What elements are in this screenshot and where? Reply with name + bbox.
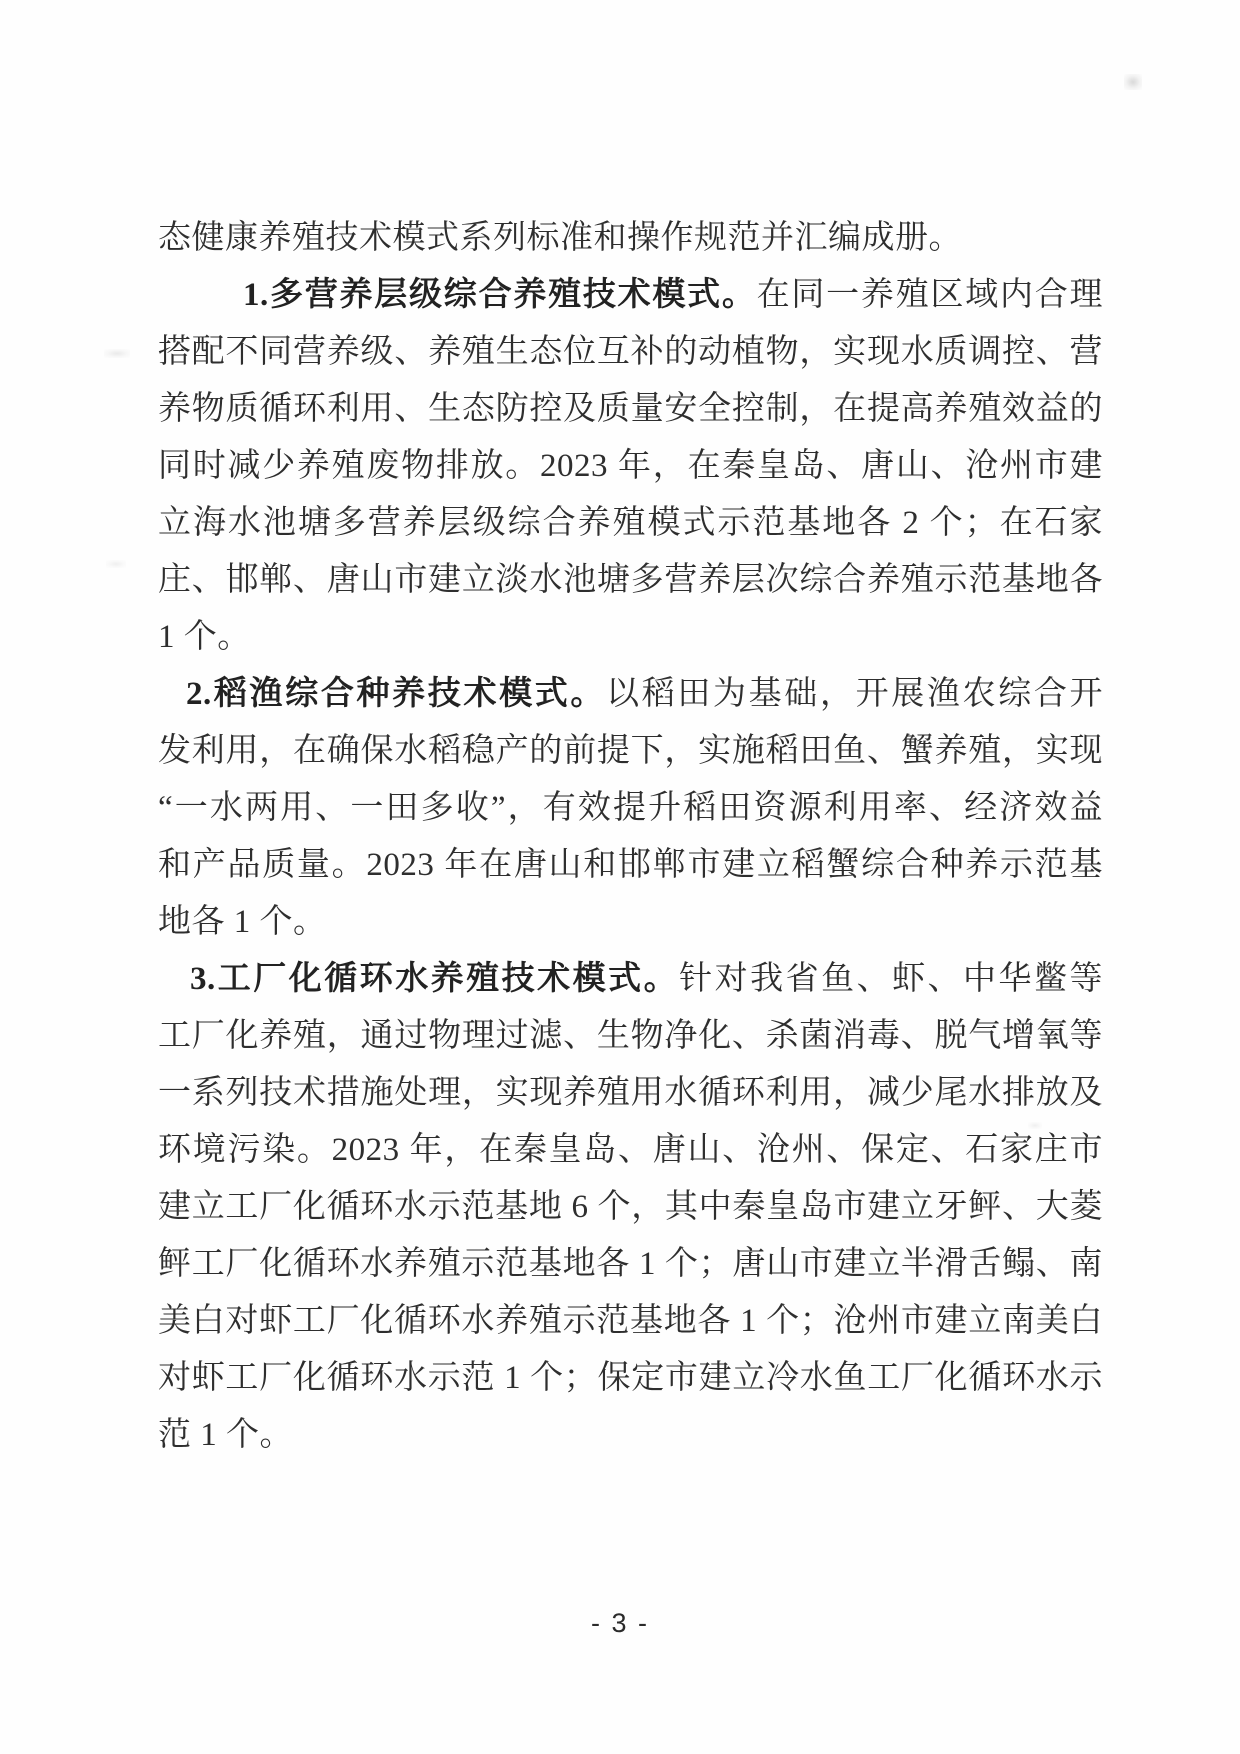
text-line: 和产品质量。2023 年在唐山和邯郸市建立稻蟹综合种养示范基 [158, 837, 1103, 894]
scan-smudge [106, 560, 126, 568]
text-line: 一系列技术措施处理，实现养殖用水循环利用，减少尾水排放及 [158, 1065, 1103, 1122]
text-line: 养物质循环利用、生态防控及质量安全控制，在提高养殖效益的 [158, 381, 1103, 438]
text-segment: 地各 1 个。 [158, 904, 327, 940]
text-line: 同时减少养殖废物排放。2023 年，在秦皇岛、唐山、沧州市建 [158, 438, 1103, 495]
text-segment: 工厂化养殖，通过物理过滤、生物净化、杀菌消毒、脱气增氧等 [158, 1018, 1103, 1054]
text-line: 3.工厂化循环水养殖技术模式。针对我省鱼、虾、中华鳖等 [158, 951, 1103, 1008]
scan-smudge [1124, 74, 1142, 90]
text-line: 建立工厂化循环水示范基地 6 个，其中秦皇岛市建立牙鲆、大菱 [158, 1179, 1103, 1236]
page-number: - 3 - [0, 1606, 1240, 1640]
text-segment: 建立工厂化循环水示范基地 6 个，其中秦皇岛市建立牙鲆、大菱 [158, 1189, 1103, 1225]
text-segment: 美白对虾工厂化循环水养殖示范基地各 1 个；沧州市建立南美白 [158, 1303, 1103, 1339]
text-segment: 搭配不同营养级、养殖生态位互补的动植物，实现水质调控、营 [158, 334, 1103, 370]
text-segment: 以稻田为基础，开展渔农综合开 [606, 676, 1103, 712]
text-line: 范 1 个。 [158, 1407, 1103, 1464]
text-line: 地各 1 个。 [158, 894, 1103, 951]
text-line: 搭配不同营养级、养殖生态位互补的动植物，实现水质调控、营 [158, 324, 1103, 381]
text-segment: 在同一养殖区域内合理 [757, 277, 1103, 313]
text-segment: 针对我省鱼、虾、中华鳖等 [679, 961, 1103, 997]
document-body: 态健康养殖技术模式系列标准和操作规范并汇编成册。1.多营养层级综合养殖技术模式。… [158, 210, 1103, 1464]
text-line: 美白对虾工厂化循环水养殖示范基地各 1 个；沧州市建立南美白 [158, 1293, 1103, 1350]
text-line: 工厂化养殖，通过物理过滤、生物净化、杀菌消毒、脱气增氧等 [158, 1008, 1103, 1065]
text-segment: 发利用，在确保水稻稳产的前提下，实施稻田鱼、蟹养殖，实现 [158, 733, 1103, 769]
section-heading: 2.稻渔综合种养技术模式。 [186, 676, 606, 712]
text-segment: 同时减少养殖废物排放。2023 年，在秦皇岛、唐山、沧州市建 [158, 448, 1103, 484]
text-line: 1 个。 [158, 609, 1103, 666]
text-segment: 养物质循环利用、生态防控及质量安全控制，在提高养殖效益的 [158, 391, 1103, 427]
text-segment: 庄、邯郸、唐山市建立淡水池塘多营养层次综合养殖示范基地各 [158, 562, 1103, 598]
text-segment: 鲆工厂化循环水养殖示范基地各 1 个；唐山市建立半滑舌鳎、南 [158, 1246, 1103, 1282]
text-segment: 和产品质量。2023 年在唐山和邯郸市建立稻蟹综合种养示范基 [158, 847, 1103, 883]
text-line: 庄、邯郸、唐山市建立淡水池塘多营养层次综合养殖示范基地各 [158, 552, 1103, 609]
section-heading: 3.工厂化循环水养殖技术模式。 [190, 961, 679, 997]
text-line: 立海水池塘多营养层级综合养殖模式示范基地各 2 个；在石家 [158, 495, 1103, 552]
section-heading: 1.多营养层级综合养殖技术模式。 [243, 277, 757, 313]
text-line: 态健康养殖技术模式系列标准和操作规范并汇编成册。 [158, 210, 1103, 267]
scan-smudge [104, 349, 130, 358]
text-line: 环境污染。2023 年，在秦皇岛、唐山、沧州、保定、石家庄市 [158, 1122, 1103, 1179]
text-line: 对虾工厂化循环水示范 1 个；保定市建立冷水鱼工厂化循环水示 [158, 1350, 1103, 1407]
text-segment: 对虾工厂化循环水示范 1 个；保定市建立冷水鱼工厂化循环水示 [158, 1360, 1103, 1396]
text-segment: 环境污染。2023 年，在秦皇岛、唐山、沧州、保定、石家庄市 [158, 1132, 1103, 1168]
text-segment: “一水两用、一田多收”，有效提升稻田资源利用率、经济效益 [158, 790, 1103, 826]
scanned-document-page: 态健康养殖技术模式系列标准和操作规范并汇编成册。1.多营养层级综合养殖技术模式。… [0, 0, 1240, 1754]
text-line: 发利用，在确保水稻稳产的前提下，实施稻田鱼、蟹养殖，实现 [158, 723, 1103, 780]
text-segment: 1 个。 [158, 619, 251, 655]
text-line: 1.多营养层级综合养殖技术模式。在同一养殖区域内合理 [158, 267, 1103, 324]
text-segment: 态健康养殖技术模式系列标准和操作规范并汇编成册。 [158, 220, 962, 256]
text-line: 2.稻渔综合种养技术模式。以稻田为基础，开展渔农综合开 [158, 666, 1103, 723]
text-segment: 一系列技术措施处理，实现养殖用水循环利用，减少尾水排放及 [158, 1075, 1103, 1111]
text-segment: 立海水池塘多营养层级综合养殖模式示范基地各 2 个；在石家 [158, 505, 1103, 541]
text-line: “一水两用、一田多收”，有效提升稻田资源利用率、经济效益 [158, 780, 1103, 837]
text-line: 鲆工厂化循环水养殖示范基地各 1 个；唐山市建立半滑舌鳎、南 [158, 1236, 1103, 1293]
text-segment: 范 1 个。 [158, 1417, 293, 1453]
